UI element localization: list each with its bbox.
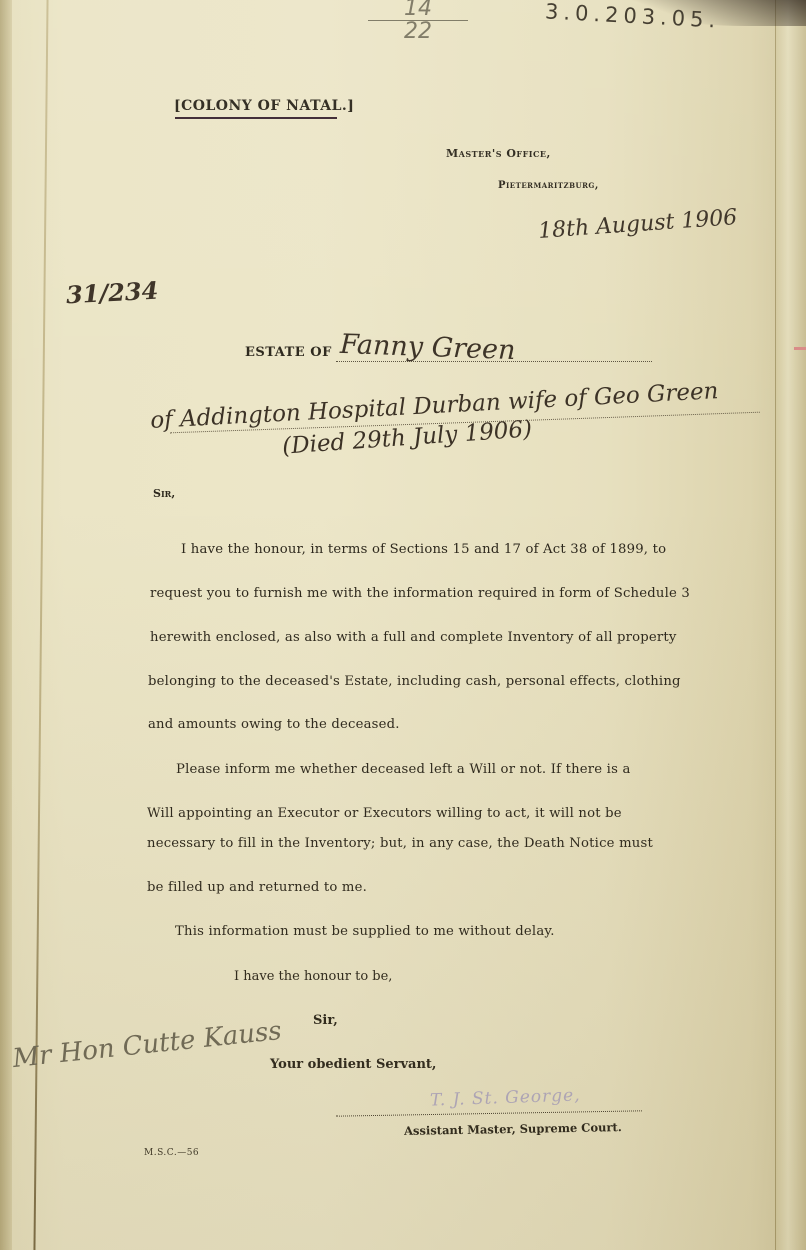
body-line: This information must be supplied to me … bbox=[175, 924, 555, 939]
body-line: Will appointing an Executor or Executors… bbox=[147, 806, 622, 821]
folio-top: 14 bbox=[378, 0, 458, 18]
body-line: necessary to fill in the Inventory; but,… bbox=[147, 836, 653, 851]
page-stack-edge bbox=[775, 0, 806, 1250]
office-name: Master's Office, bbox=[446, 147, 551, 160]
red-tab-mark bbox=[794, 347, 806, 350]
body-line: I have the honour, in terms of Sections … bbox=[181, 542, 666, 557]
signature-stamp: T. J. St. George, bbox=[430, 1085, 581, 1110]
form-number: M.S.C.—56 bbox=[144, 1148, 199, 1158]
salutation: Sir, bbox=[153, 487, 175, 500]
estate-number: 31/234 bbox=[65, 276, 159, 310]
office-city: Pietermaritzburg, bbox=[498, 180, 599, 191]
estate-label: ESTATE OF bbox=[245, 345, 332, 360]
binding-edge bbox=[0, 0, 12, 1250]
body-line: request you to furnish me with the infor… bbox=[150, 586, 690, 601]
body-line: be filled up and returned to me. bbox=[147, 880, 367, 895]
body-line: belonging to the deceased's Estate, incl… bbox=[148, 674, 681, 689]
signatory-title: Assistant Master, Supreme Court. bbox=[404, 1120, 622, 1138]
estate-name: Fanny Green bbox=[340, 329, 516, 366]
body-line: herewith enclosed, as also with a full a… bbox=[150, 630, 677, 645]
letter-date: 18th August 1906 bbox=[537, 205, 738, 244]
colony-heading: [COLONY OF NATAL.] bbox=[174, 98, 354, 114]
margin-pencil-note: Mr Hon Cutte Kauss bbox=[11, 1016, 283, 1074]
folio-number: 14 22 bbox=[378, 0, 458, 41]
document-page: 14 22 3.0.203.05. [COLONY OF NATAL.] Mas… bbox=[0, 0, 806, 1250]
colony-underline bbox=[175, 117, 337, 119]
closing-line: I have the honour to be, bbox=[234, 969, 392, 984]
folio-bottom: 22 bbox=[378, 23, 458, 41]
closing-servant: Your obedient Servant, bbox=[270, 1057, 436, 1072]
body-line: Please inform me whether deceased left a… bbox=[176, 762, 631, 777]
closing-sir: Sir, bbox=[313, 1013, 338, 1028]
signature-dotted-line bbox=[336, 1110, 642, 1116]
body-line: and amounts owing to the deceased. bbox=[148, 717, 400, 732]
